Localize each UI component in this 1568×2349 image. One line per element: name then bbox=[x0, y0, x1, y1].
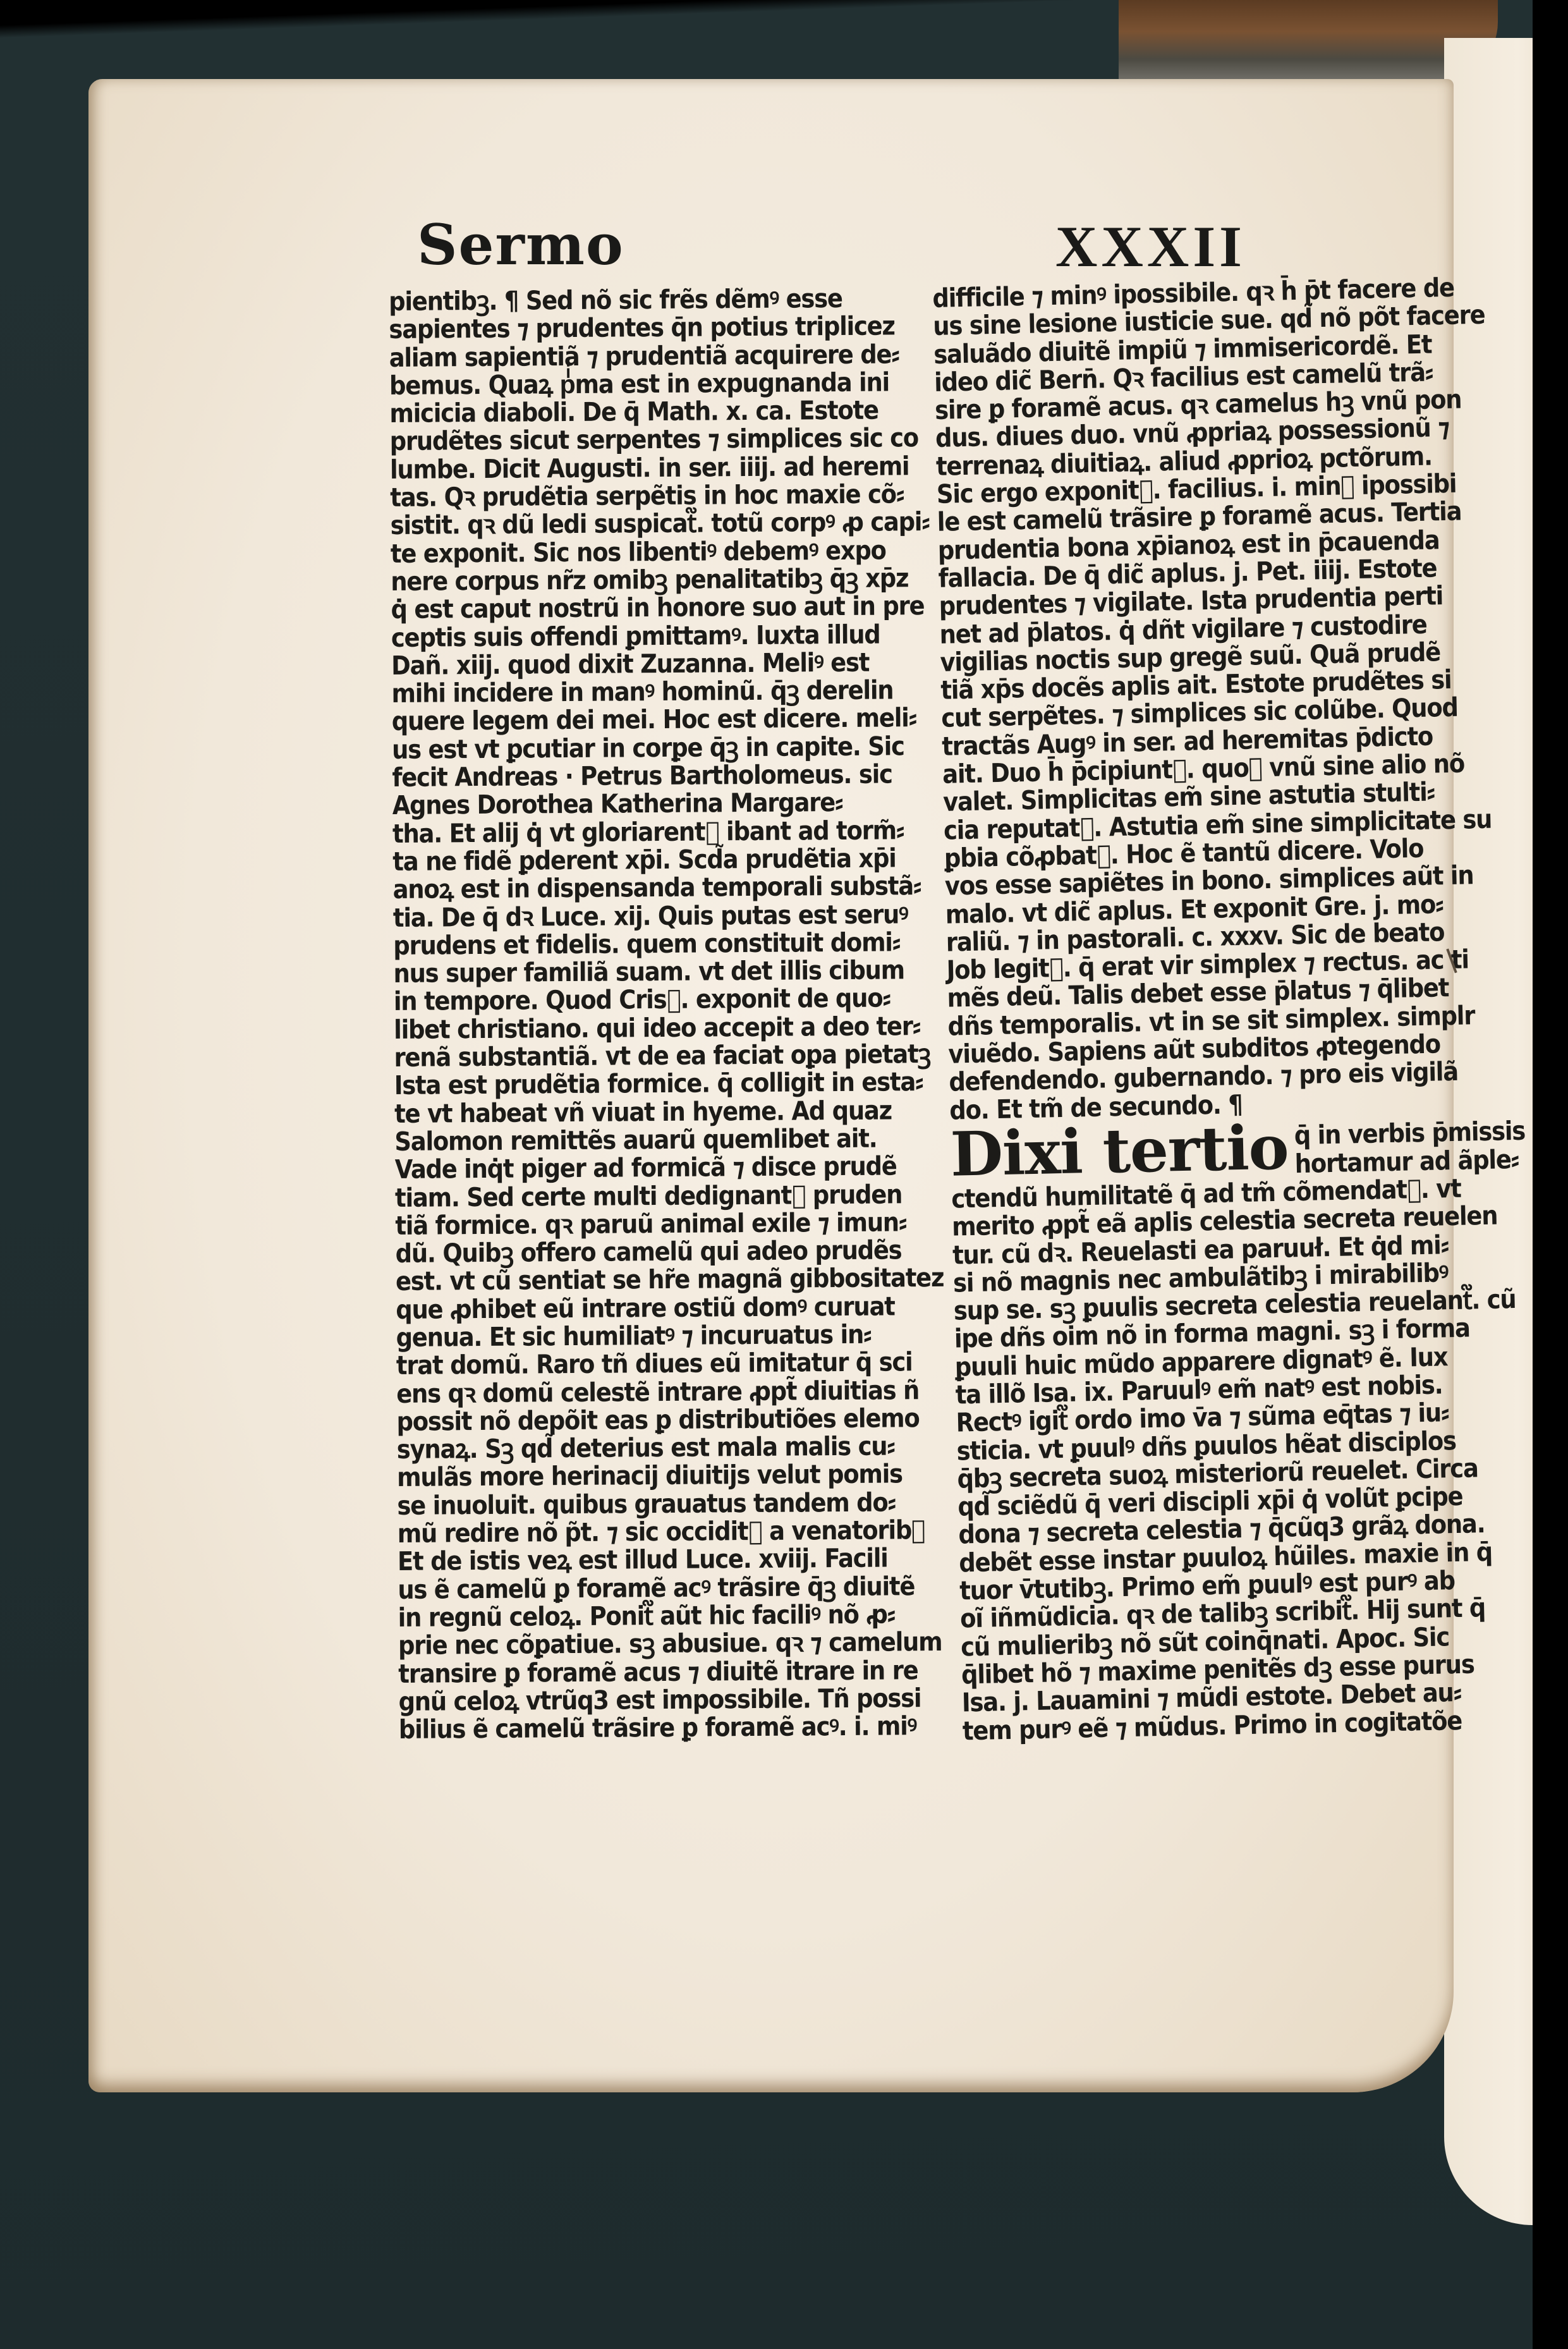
text-line: est. vt cũ sentiat se hr̃e magnã gibbosi… bbox=[396, 1264, 908, 1296]
text-line: Agnes Dorothea Katherina Margare⸗ bbox=[392, 788, 904, 820]
decorated-initial: Dixi tertio bbox=[950, 1117, 1289, 1185]
text-line: bilius ẽ camelũ trãsire ꝑ foramẽ acꝰ. i.… bbox=[399, 1712, 911, 1743]
running-title: Sermo bbox=[417, 212, 624, 278]
right-text-column: difficile ⁊ minꝰ ipossibile. qꝛ h̄ p̄t f… bbox=[932, 274, 1487, 1745]
book-binding bbox=[1119, 0, 1498, 79]
text-line: anoꝝ est in dispensanda temporali substã… bbox=[392, 872, 904, 904]
text-line: hortamur ad ãple⸗ bbox=[1294, 1145, 1526, 1178]
text-line: Vade inq̇t piger ad formicã ⁊ disce prud… bbox=[395, 1152, 907, 1184]
text-line: prie nec cõꝑatiue. sꝫ abusiue. qꝛ ⁊ came… bbox=[398, 1628, 910, 1660]
page-header: Sermo XXXII bbox=[0, 212, 1568, 281]
right-column-part-1: difficile ⁊ minꝰ ipossibile. qꝛ h̄ p̄t f… bbox=[932, 274, 1474, 1125]
text-line: q̇ est caput nostrũ in honore suo aut in… bbox=[391, 592, 903, 624]
text-line: sistit. qꝛ dũ ledi suspicat᷑. totũ corpꝰ… bbox=[390, 508, 902, 540]
text-line: Ista est prudẽtia formice. q̄ colligit i… bbox=[394, 1068, 906, 1100]
text-line: sapientes ⁊ prudentes q̄n potius triplic… bbox=[389, 312, 901, 344]
right-column-part-2: ctendũ humilitatẽ q̄ ad tm̃ cõmendat᷑. v… bbox=[951, 1174, 1487, 1745]
folio-number: XXXII bbox=[1055, 213, 1246, 280]
scan-border bbox=[1533, 0, 1568, 2349]
left-text-column: pientibꝫ. ¶ Sed nõ sic frẽs dẽmꝰ essesap… bbox=[389, 284, 911, 1743]
text-line: trat domũ. Raro tñ diues eũ imitatur q̄ … bbox=[396, 1348, 908, 1380]
text-line: Et de istis veꝝ est illud Luce. xviij. F… bbox=[398, 1544, 909, 1576]
initial-side-text: q̄ in verbis p̄missishortamur ad ãple⸗ bbox=[1294, 1117, 1526, 1178]
